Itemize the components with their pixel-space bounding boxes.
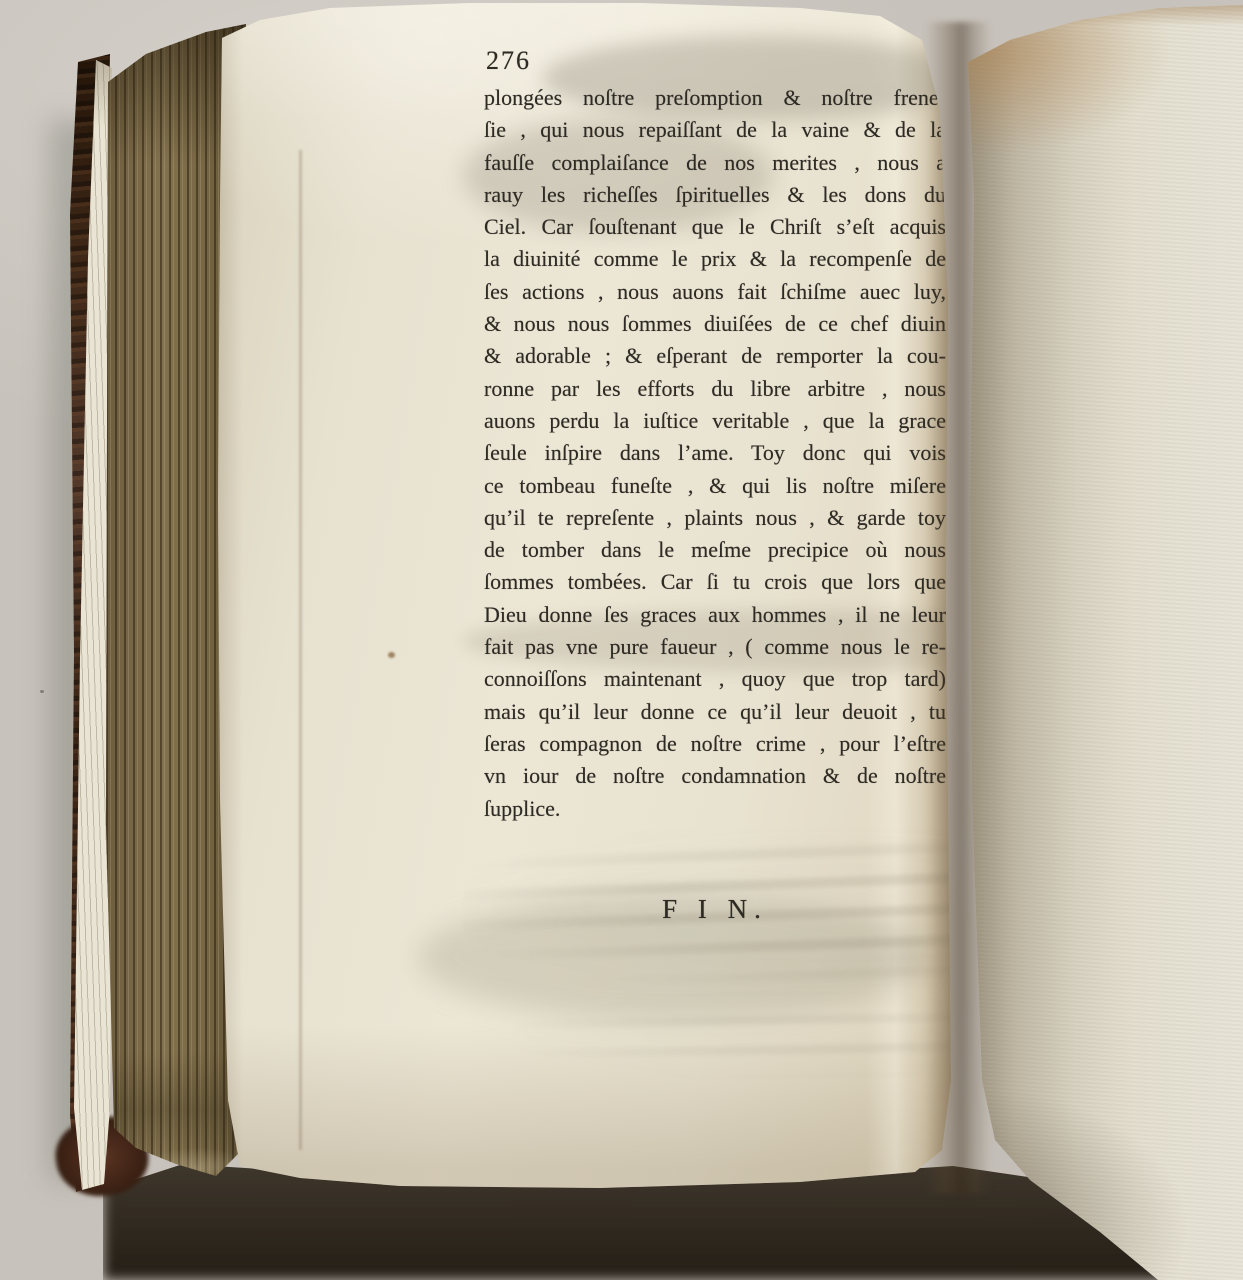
- text-line: & adorable ; & eſperant de remporter la …: [484, 340, 946, 372]
- vertical-crease: [299, 150, 302, 1150]
- text-line: plongées noſtre preſomption & noſtre fre…: [484, 82, 946, 114]
- curled-facing-page: [955, 0, 1243, 1280]
- text-line: ſupplice.: [484, 793, 946, 825]
- page-text-block: plongées noſtre preſomption & noſtre fre…: [484, 82, 946, 825]
- text-line: qu’il te repreſente , plaints nous , & g…: [484, 502, 946, 534]
- page-number: 276: [486, 46, 531, 76]
- text-line: ſeule inſpire dans l’ame. Toy donc qui v…: [484, 437, 946, 469]
- text-line: & nous nous ſommes diuiſées de ce chef d…: [484, 308, 946, 340]
- photograph-antique-book: 276 plongées noſtre preſomption & noſtre…: [0, 0, 1243, 1280]
- text-line: rauy les richeſſes ſpirituelles & les do…: [484, 179, 946, 211]
- text-line: auons perdu la iuſtice veritable , que l…: [484, 405, 946, 437]
- text-line: Ciel. Car ſouſtenant que le Chriſt s’eſt…: [484, 211, 946, 243]
- text-line: Dieu donne ſes graces aux hommes , il ne…: [484, 599, 946, 631]
- text-line: vn iour de noſtre condamnation & de noſt…: [484, 760, 946, 792]
- fin-label: F I N.: [484, 894, 946, 925]
- text-line: la diuinité comme le prix & la recompenſ…: [484, 243, 946, 275]
- text-line: ſeras compagnon de noſtre crime , pour l…: [484, 728, 946, 760]
- text-line: de tomber dans le meſme precipice où nou…: [484, 534, 946, 566]
- text-line: ſommes tombées. Car ſi tu crois que lors…: [484, 566, 946, 598]
- text-line: ce tombeau funeſte , & qui lis noſtre mi…: [484, 470, 946, 502]
- text-line: ſes actions , nous auons fait ſchiſme au…: [484, 276, 946, 308]
- foxing-spot: [388, 652, 395, 658]
- text-line: connoiſſons maintenant , quoy que trop t…: [484, 663, 946, 695]
- text-line: mais qu’il leur donne ce qu’il leur deuo…: [484, 696, 946, 728]
- text-line: fauſſe complaiſance de nos merites , nou…: [484, 147, 946, 179]
- text-line: ſie , qui nous repaiſſant de la vaine & …: [484, 114, 946, 146]
- text-line: ronne par les efforts du libre arbitre ,…: [484, 373, 946, 405]
- open-text-page: 276 plongées noſtre preſomption & noſtre…: [213, 0, 955, 1192]
- background-speck: [40, 690, 44, 693]
- text-line: fait pas vne pure faueur , ( comme nous …: [484, 631, 946, 663]
